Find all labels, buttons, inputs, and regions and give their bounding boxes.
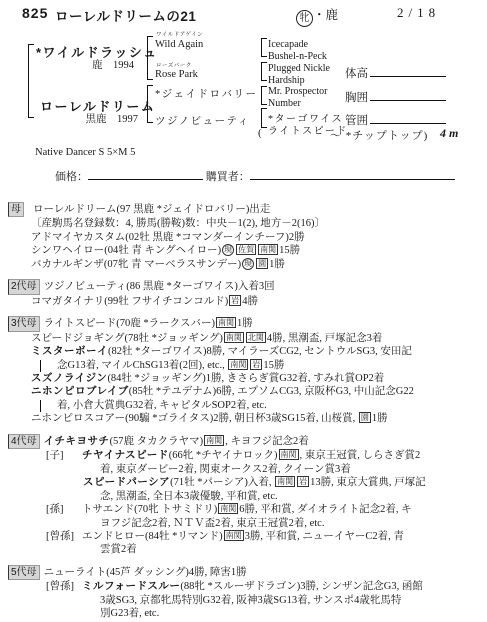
region-tag: 南関: [258, 244, 278, 255]
catalog-number: 825: [22, 5, 48, 21]
section-row: [曾孫]エンドヒロー(84牡 *リマンド)南関3勝, 平和賞, ニューイヤーC2…: [0, 530, 487, 543]
race-record-text: スピードジョギング(78牡 *ジョッギング): [31, 333, 223, 344]
race-record-text: 雲賞2着: [100, 544, 137, 555]
section-row: [孫]トサエンド(70牝 トサミドリ)南関6勝, 平和賞, ダイオライト記念2着…: [0, 503, 487, 516]
race-record-text: 13勝, 東京大賞典, 戸塚記: [310, 477, 426, 488]
race-record-text: ニホンピロスコアー(90騸 *ゴライタス)2勝, 朝日杯3歳SG15着, 山桜賞…: [31, 413, 358, 424]
section-row: ミスターボーイ(82牡 *ターゴワイス)8勝, マイラーズCG2, セントウルS…: [0, 345, 487, 358]
family-line-text: ～ *チップトップ): [330, 127, 428, 143]
race-record-text: ライトスピード(70鹿 *ラークスバー): [44, 318, 215, 329]
race-record-text: ニューライト(45芦 ダッシング)4勝, 障害1勝: [44, 567, 247, 578]
region-tag: 南関: [216, 317, 236, 328]
race-record-text: , キヨフジ記念2着: [225, 436, 309, 447]
race-record-text: 〔産駒馬名登録数：4, 勝馬(勝鞍)数：中央－1(2), 地方－2(16)〕: [31, 218, 325, 229]
race-record-text: 3勝, 平和賞, ニューイヤーC2着, 青: [245, 531, 404, 542]
section-head-row: 3代母ライトスピード(70鹿 *ラークスバー)南関1勝: [0, 316, 487, 331]
section-row: 着, 小倉大賞典G32着, キャピタルSOP2着, etc.: [0, 399, 487, 412]
price-row: 価格： 購買者：: [55, 168, 455, 184]
pedigree-section: 母ローレルドリーム(97 黒鹿 *ジェイドロバリー)出走〔産駒馬名登録数：4, …: [0, 202, 487, 271]
family-number: 4 m: [440, 126, 458, 141]
section-row: [子]チヤイナスピード(66牝 *チヤイナロック)南関, 東京王冠賞, しらさぎ…: [0, 449, 487, 462]
measurement-blank-line: [370, 89, 446, 101]
section-row: 着, 東京ダービー2着, 関東オークス2着, クイーン賞3着: [0, 463, 487, 476]
relation-prefix: [孫]: [46, 503, 82, 516]
gen1-bracket: [28, 44, 34, 118]
section-label: 3代母: [8, 316, 40, 331]
race-record-text: (71牡 *パーシア)入着,: [170, 477, 274, 488]
section-row: スズノライジン(84牡 *ジョッギング)1勝, きさらぎ賞G32着, すみれ賞O…: [0, 372, 487, 385]
region-tag: 南関: [224, 332, 244, 343]
relation-prefix: [子]: [46, 449, 82, 462]
section-row: 念, 黒潮盃, 全日本3歳優駿, 平和賞, etc.: [0, 490, 487, 503]
section-head-row: 母ローレルドリーム(97 黒鹿 *ジェイドロバリー)出走: [0, 202, 487, 217]
race-record-text: 4勝, 黒潮盃, 戸塚記念3着: [267, 333, 383, 344]
gen2-entry: *ジェイドロバリー: [155, 86, 258, 101]
race-record-text: (57鹿 タカクラヤマ): [110, 436, 204, 447]
pedigree-section: 4代母イチキヨサチ(57鹿 タカクラヤマ)南関, キヨフジ記念2着[子]チヤイナ…: [0, 434, 487, 557]
race-record-text: 4勝: [242, 296, 258, 307]
measurement-label: 胸囲: [345, 92, 368, 104]
section-row: 〔産駒馬名登録数：4, 勝馬(勝鞍)数：中央－1(2), 地方－2(16)〕: [0, 217, 487, 230]
section-row: 別G23着, etc.: [0, 607, 487, 620]
section-row: 念G13着, マイルChSG13着(2回), etc., 南関岩15勝: [0, 359, 487, 372]
section-label: 2代母: [8, 279, 40, 294]
relation-prefix: [曾孫]: [46, 580, 82, 593]
pedigree-section: 2代母ツジノビューティ(86 黒鹿 *ターゴワイス)入着3回コマガタイナリ(99…: [0, 279, 487, 308]
horse-name-bold: ミスターボーイ: [31, 345, 108, 357]
gen2-entry: ツジノビューティ: [155, 113, 250, 128]
gen3-bracket-3: [261, 86, 267, 105]
measurement-blank-line: [370, 112, 446, 124]
race-record-text: エンドヒロー(84牡 *リマンド): [82, 531, 223, 542]
race-record-text: トサエンド(70牝 トサミドリ): [82, 504, 217, 515]
pedigree-section: 5代母ニューライト(45芦 ダッシング)4勝, 障害1勝[曾孫]ミルフォードスル…: [0, 565, 487, 621]
region-tag: 南関: [204, 435, 224, 446]
furigana-label: ローズパーク: [156, 61, 192, 69]
region-tag: 岩: [229, 295, 241, 306]
sire-coat-year: 鹿 1994: [36, 57, 134, 72]
race-record-text: シンワヘイロー(04牡 青 キングヘイロー): [31, 245, 221, 256]
race-record-text: (82牡 *ターゴワイス)8勝, マイラーズCG2, セントウルSG3, 安田記: [108, 346, 412, 357]
section-row: ヨフジ記念2着, ＮＴＶ盃2着, 東京王冠賞2着, etc.: [0, 517, 487, 530]
region-tag: 岩: [250, 359, 262, 370]
race-record-text: 1勝: [269, 259, 285, 270]
gen2-name: ツジノビューティ: [155, 116, 250, 127]
gen3-bracket-1: [261, 38, 267, 57]
region-tag: 園: [256, 258, 268, 269]
measurement-blank-line: [370, 65, 446, 77]
race-record-text: 15勝: [263, 360, 284, 371]
dam-coat-year: 黒鹿 1997: [40, 111, 138, 126]
sex-coat-separator: ・: [313, 8, 326, 22]
gen3-name: Mr. Prospector: [268, 86, 327, 97]
region-tag: 園: [359, 412, 371, 423]
gen2-entry: ローズパークRose Park: [155, 69, 198, 80]
relation-prefix: [曾孫]: [46, 530, 82, 543]
buyer-blank-line: [250, 168, 455, 180]
section-row: バカナルギンザ(07牝 青 マーベラスサンデー)現園1勝: [0, 258, 487, 271]
gen3-name: Bushel-n-Peck: [268, 51, 327, 62]
section-head-row: 4代母イチキヨサチ(57鹿 タカクラヤマ)南関, キヨフジ記念2着: [0, 434, 487, 449]
section-row: スピードジョギング(78牡 *ジョッギング)南関北関4勝, 黒潮盃, 戸塚記念3…: [0, 332, 487, 345]
price-label: 価格：: [55, 171, 88, 183]
section-label: 母: [8, 202, 24, 217]
family-line-open-paren: (: [258, 127, 262, 139]
measurement-label: 管囲: [345, 115, 368, 127]
section-row: 雲賞2着: [0, 543, 487, 556]
section-row: 3歳SG3, 京都牝馬特別G32着, 阪神3歳SG13着, サンスポ4歳牝馬特: [0, 594, 487, 607]
inbreeding-note: Native Dancer S 5×M 5: [35, 147, 135, 158]
buyer-label: 購買者：: [206, 171, 250, 183]
race-record-text: アドマイヤカスタム(02牡 黒鹿 *コマンダーインチーフ)2勝: [31, 232, 305, 243]
gen3-name: Number: [268, 98, 301, 109]
section-row: ニホンピロブレイブ(85牡 *テユデナム)6勝, エプソムCG3, 京阪杯G3,…: [0, 385, 487, 398]
region-tag: 佐賀: [236, 244, 256, 255]
coat-color: 鹿: [326, 8, 339, 22]
gen2-entry: ワイルドアゲインWild Again: [155, 39, 203, 50]
race-record-text: 6勝, 平和賞, ダイオライト記念2着, キ: [239, 504, 411, 515]
pedigree-section: 3代母ライトスピード(70鹿 *ラークスバー)南関1勝スピードジョギング(78牡…: [0, 316, 487, 426]
section-row: シンワヘイロー(04牡 青 キングヘイロー)現佐賀南関15勝: [0, 244, 487, 257]
catalog-page: 825 ローレルドリームの21 牝・鹿 2/18 *ワイルドラッシュ 鹿 199…: [0, 0, 487, 622]
measurement-label: 体高: [345, 68, 368, 80]
gen2-name: Rose Park: [155, 69, 198, 80]
gen3-bracket-4: [261, 108, 267, 128]
race-record-text: 1勝: [372, 413, 388, 424]
race-record-text: コマガタイナリ(99牡 フサイチコンコルド): [31, 296, 228, 307]
region-tag: 南関: [275, 476, 295, 487]
section-row: ニホンピロスコアー(90騸 *ゴライタス)2勝, 朝日杯3歳SG15着, 山桜賞…: [0, 412, 487, 425]
gen2-name: Wild Again: [155, 39, 203, 50]
race-record-text: , 東京王冠賞, しらさぎ賞2: [300, 450, 421, 461]
measurement-row: 管囲: [345, 112, 446, 128]
horse-name-bold: イチキヨサチ: [44, 435, 110, 447]
region-tag: 北関: [246, 332, 266, 343]
section-row: アドマイヤカスタム(02牡 黒鹿 *コマンダーインチーフ)2勝: [0, 231, 487, 244]
active-tag: 現: [222, 244, 234, 256]
race-record-text: 15勝: [279, 245, 300, 256]
race-record-text: (88牝 *スルーザドラゴン)3勝, シンザン記念G3, 函館: [180, 581, 422, 592]
race-record-text: ヨフジ記念2着, ＮＴＶ盃2着, 東京王冠賞2着, etc.: [100, 518, 324, 529]
section-head-row: 5代母ニューライト(45芦 ダッシング)4勝, 障害1勝: [0, 565, 487, 580]
horse-name-bold: ミルフォードスルー: [82, 580, 180, 592]
region-tag: 南関: [279, 449, 299, 460]
gen3-name: Icecapade: [268, 39, 308, 50]
horse-name-bold: チヤイナスピード: [82, 449, 169, 461]
section-head-row: 2代母ツジノビューティ(86 黒鹿 *ターゴワイス)入着3回: [0, 279, 487, 294]
region-tag: 南関: [224, 530, 244, 541]
section-row: スピードパーシア(71牡 *パーシア)入着, 南関岩13勝, 東京大賞典, 戸塚…: [0, 476, 487, 489]
race-record-text: 着, 東京ダービー2着, 関東オークス2着, クイーン賞3着: [100, 464, 351, 475]
horse-name-bold: スピードパーシア: [83, 476, 170, 488]
race-record-text: 別G23着, etc.: [100, 608, 159, 619]
gen2-name: *ジェイドロバリー: [155, 89, 258, 100]
race-record-text: 3歳SG3, 京都牝馬特別G32着, 阪神3歳SG13着, サンスポ4歳牝馬特: [100, 595, 401, 606]
family-sections: 母ローレルドリーム(97 黒鹿 *ジェイドロバリー)出走〔産駒馬名登録数：4, …: [0, 202, 487, 622]
sex-circle-icon: 牝: [296, 10, 313, 27]
horse-name-bold: ニホンピロブレイブ: [31, 385, 129, 397]
race-record-text: 念G13着, マイルChSG13着(2回), etc.,: [57, 360, 227, 371]
race-record-text: ツジノビューティ(86 黒鹿 *ターゴワイス)入着3回: [44, 281, 275, 292]
race-record-text: 着, 小倉大賞典G32着, キャピタルSOP2着, etc.: [57, 400, 267, 411]
section-label: 5代母: [8, 565, 40, 580]
section-row: コマガタイナリ(99牡 フサイチコンコルド)岩4勝: [0, 295, 487, 308]
page-title: ローレルドリームの21: [55, 5, 196, 25]
section-row: [曾孫]ミルフォードスルー(88牝 *スルーザドラゴン)3勝, シンザン記念G3…: [0, 580, 487, 593]
active-tag: 現: [242, 258, 254, 270]
race-record-text: 念, 黒潮盃, 全日本3歳優駿, 平和賞, etc.: [100, 491, 278, 502]
race-record-text: (84牡 *ジョッギング)1勝, きさらぎ賞G32着, すみれ賞OP2着: [107, 373, 384, 384]
pedigree-chart: *ワイルドラッシュ 鹿 1994 ローレルドリーム 黒鹿 1997 ワイルドアゲ…: [0, 28, 487, 228]
measurement-row: 胸囲: [345, 89, 446, 105]
price-blank-line: [88, 168, 203, 180]
measurement-row: 体高: [345, 65, 446, 81]
race-record-text: (85牡 *テユデナム)6勝, エプソムCG3, 京阪杯G3, 中山記念G22: [129, 386, 414, 397]
race-record-text: (66牝 *チヤイナロック): [169, 450, 278, 461]
gen3-bracket-2: [261, 62, 267, 81]
race-record-text: ローレルドリーム(97 黒鹿 *ジェイドロバリー)出走: [33, 204, 270, 215]
sex-coat: 牝・鹿: [296, 5, 338, 27]
race-record-text: バカナルギンザ(07牝 青 マーベラスサンデー): [31, 259, 241, 270]
gen3-name: Plugged Nickle: [268, 63, 330, 74]
region-tag: 南関: [228, 359, 248, 370]
race-record-text: 1勝: [237, 318, 253, 329]
page-number: 2/18: [397, 5, 440, 21]
region-tag: 岩: [297, 476, 309, 487]
gen3-name: Hardship: [268, 75, 305, 86]
furigana-label: ワイルドアゲイン: [156, 30, 203, 38]
section-label: 4代母: [8, 434, 40, 449]
branch-bar: [40, 360, 41, 372]
region-tag: 南関: [218, 503, 238, 514]
branch-bar: [40, 400, 41, 412]
horse-name-bold: スズノライジン: [31, 372, 107, 384]
